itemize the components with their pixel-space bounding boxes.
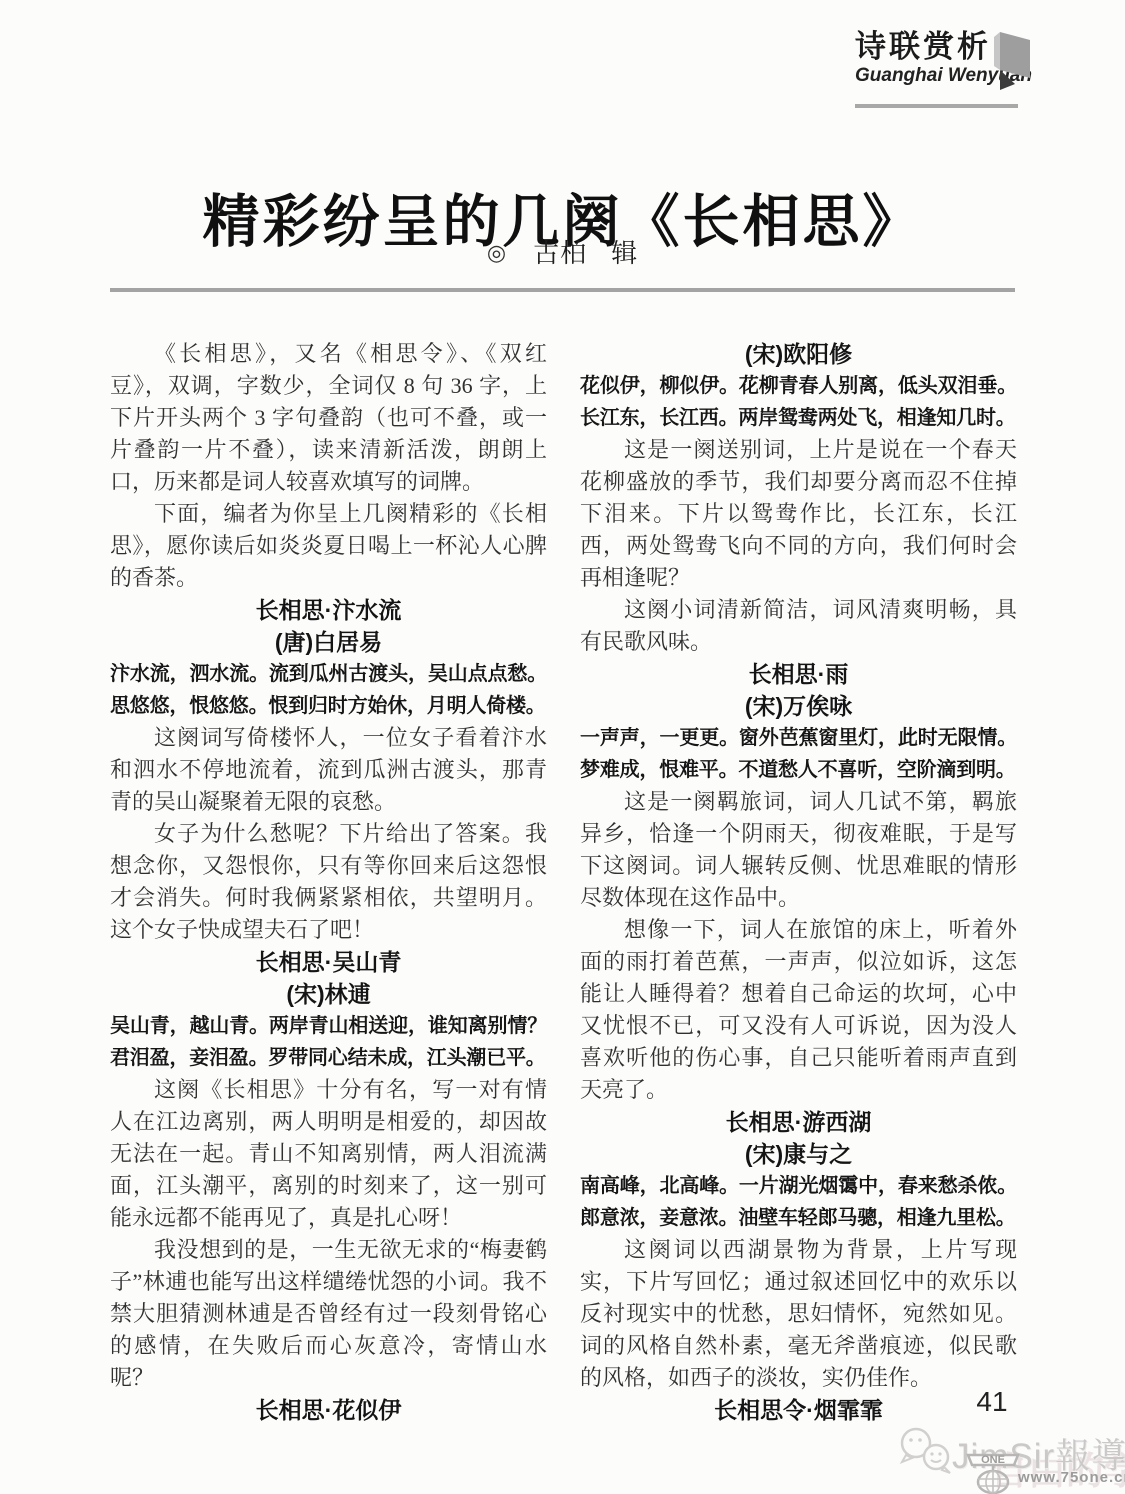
poem-text: 南高峰，北高峰。一片湖光烟霭中，春来愁杀侬。郎意浓，妾意浓。油壁车轻郎马骢，相逢… (580, 1170, 1017, 1234)
one-globe-icon: ONE (960, 1447, 1026, 1494)
intro-paragraph: 下面，编者为你呈上几阕精彩的《长相思》，愿你读后如炎炎夏日喝上一杯沁人心脾的香茶… (110, 498, 547, 594)
watermark: 自由的学网 JimSir報導 ONE (860, 1405, 1125, 1494)
section-title-heading: 长相思·汴水流 (110, 594, 547, 626)
byline: ◎古柏辑 (110, 233, 1015, 270)
commentary-paragraph: 这是一阕送别词，上片是说在一个春天花柳盛放的季节，我们却要分离而忍不住掉下泪来。… (580, 434, 1017, 594)
poet-heading: (宋)欧阳修 (580, 338, 1017, 370)
title-divider (110, 288, 1015, 292)
byline-editor: 古柏 (533, 239, 587, 268)
commentary-paragraph: 女子为什么愁呢？下片给出了答案。我想念你，又怨恨你，只有等你回来后这怨恨才会消失… (110, 818, 547, 946)
section-title-heading: 长相思·吴山青 (110, 946, 547, 978)
commentary-paragraph: 这阕词以西湖景物为背景，上片写现实，下片写回忆；通过叙述回忆中的欢乐以反衬现实中… (580, 1234, 1017, 1394)
poet-heading: (唐)白居易 (110, 626, 547, 658)
poet-heading: (宋)康与之 (580, 1138, 1017, 1170)
poem-text: 汴水流，泗水流。流到瓜州古渡头，吴山点点愁。思悠悠，恨悠悠。恨到归时方始休，月明… (110, 658, 547, 722)
wechat-chat-bubbles-icon (898, 1427, 956, 1480)
commentary-paragraph: 这阕词写倚楼怀人，一位女子看着汴水和泗水不停地流着，流到瓜洲古渡头，那青青的吴山… (110, 722, 547, 818)
intro-paragraph: 《长相思》，又名《相思令》、《双红豆》，双调，字数少，全词仅 8 句 36 字，… (110, 338, 547, 498)
right-column: (宋)欧阳修 花似伊，柳似伊。花柳青春人别离，低头双泪垂。长江东，长江西。两岸鸳… (580, 338, 1017, 1426)
svg-text:ONE: ONE (981, 1454, 1005, 1466)
masthead: 诗联赏析 Guanghai Wenyuan (855, 30, 1120, 110)
magazine-page: 诗联赏析 Guanghai Wenyuan 精彩纷呈的几阕《长相思》 ◎古柏辑 … (0, 0, 1125, 1494)
poem-text: 吴山青，越山青。两岸青山相送迎，谁知离别情？君泪盈，妾泪盈。罗带同心结未成，江头… (110, 1010, 547, 1074)
commentary-paragraph: 想像一下，词人在旅馆的床上，听着外面的雨打着芭蕉，一声声，似泣如诉，这怎能让人睡… (580, 914, 1017, 1106)
commentary-paragraph: 这阕《长相思》十分有名，写一对有情人在江边离别，两人明明是相爱的，却因故无法在一… (110, 1074, 547, 1234)
left-column: 《长相思》，又名《相思令》、《双红豆》，双调，字数少，全词仅 8 句 36 字，… (110, 338, 547, 1426)
commentary-paragraph: 我没想到的是，一生无欲无求的“梅妻鹤子”林逋也能写出这样缱绻忧怨的小词。我不禁大… (110, 1234, 547, 1394)
book-page-icon (988, 28, 1032, 99)
poem-text: 一声声，一更更。窗外芭蕉窗里灯，此时无限情。梦难成，恨难平。不道愁人不喜听，空阶… (580, 722, 1017, 786)
commentary-paragraph: 这阕小词清新简洁，词风清爽明畅，具有民歌风味。 (580, 594, 1017, 658)
byline-role: 辑 (611, 239, 638, 268)
section-title-heading: 长相思·雨 (580, 658, 1017, 690)
section-title-heading: 长相思·游西湖 (580, 1106, 1017, 1138)
poem-text: 花似伊，柳似伊。花柳青春人别离，低头双泪垂。长江东，长江西。两岸鸳鸯两处飞，相逢… (580, 370, 1017, 434)
poet-heading: (宋)万俟咏 (580, 690, 1017, 722)
commentary-paragraph: 这是一阕羁旅词，词人几试不第，羁旅异乡，恰逢一个阴雨天，彻夜难眠，于是写下这阕词… (580, 786, 1017, 914)
byline-circle-icon: ◎ (487, 240, 507, 265)
section-title-heading: 长相思·花似伊 (110, 1394, 547, 1426)
watermark-url: www.75one.cn (1018, 1469, 1125, 1486)
poet-heading: (宋)林逋 (110, 978, 547, 1010)
masthead-underline (855, 104, 1018, 108)
